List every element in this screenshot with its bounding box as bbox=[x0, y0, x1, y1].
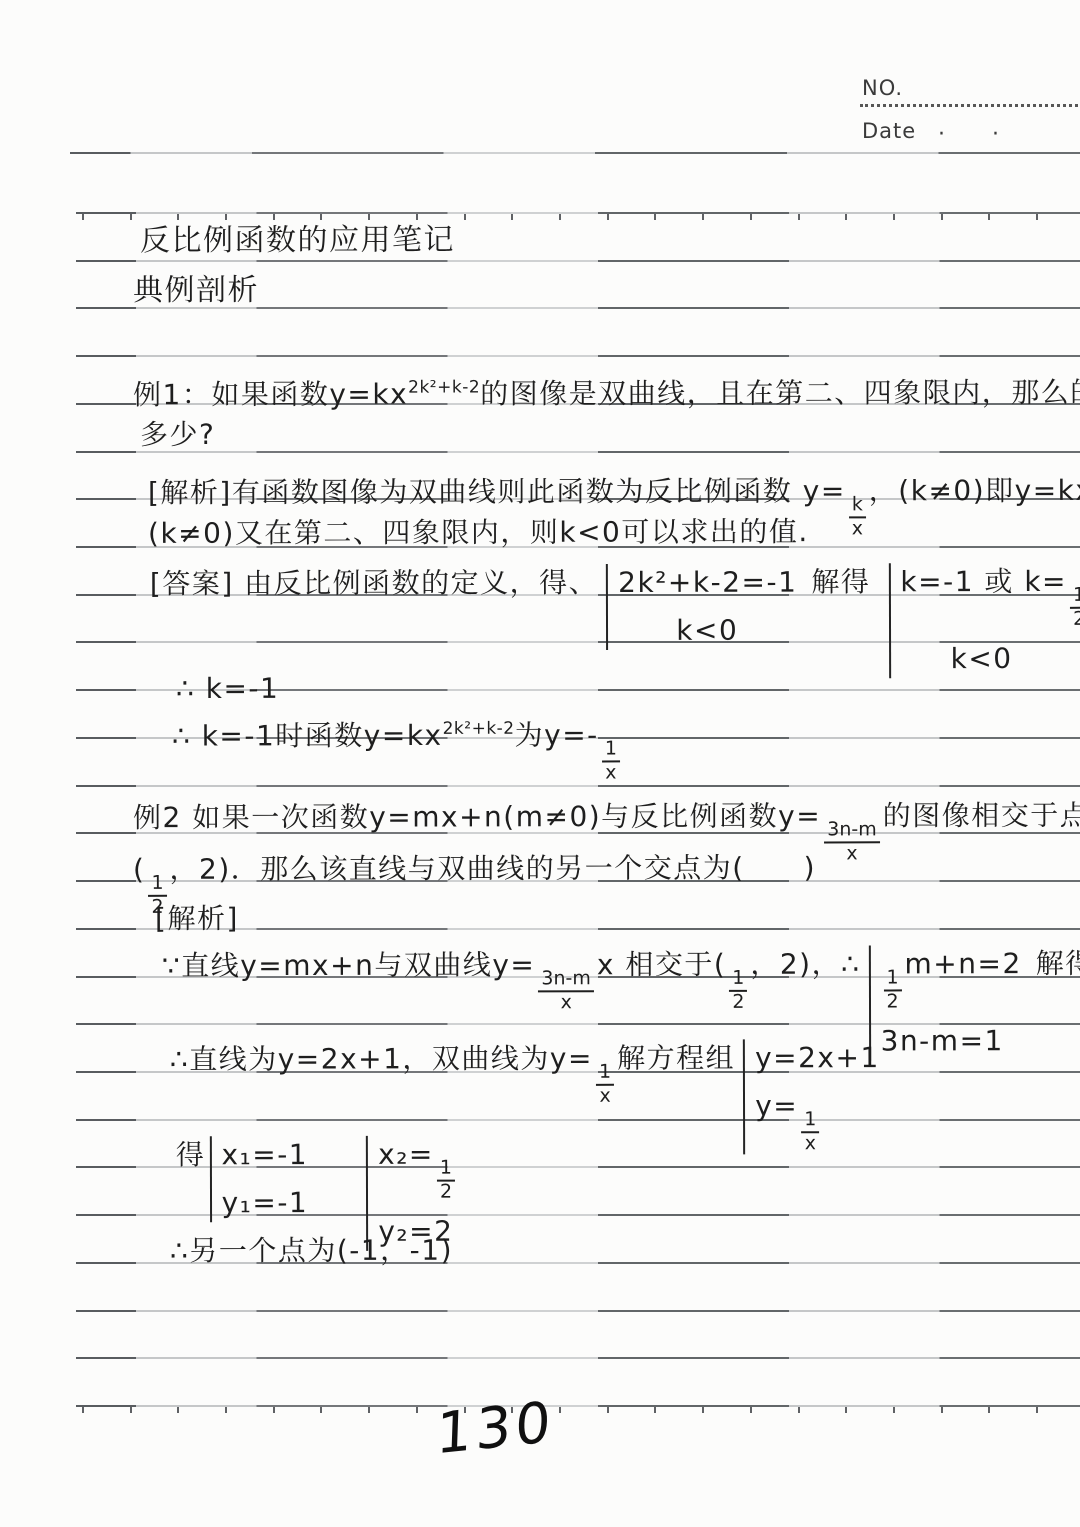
tick-mark bbox=[702, 1407, 704, 1413]
equation: k<0 bbox=[901, 640, 1080, 678]
example1-question-line2: 多少? bbox=[140, 416, 215, 454]
example1-conclusion-line1: ∴ k=-1 bbox=[176, 670, 279, 708]
tick-mark bbox=[798, 1407, 800, 1413]
analysis-text: [解析]有函数图像为双曲线则此函数为反比例函数 y= bbox=[148, 474, 846, 509]
analysis-text: (k≠0)又在第二、四象限内，则k<0可以求出的值. bbox=[148, 515, 809, 550]
tick-mark bbox=[225, 214, 227, 220]
answer-text: [答案] 由反比例函数的定义，得、 bbox=[150, 566, 598, 600]
date-label: Date bbox=[862, 119, 916, 143]
tick-mark bbox=[702, 214, 704, 220]
equation: y₁=-1 bbox=[221, 1184, 308, 1222]
tick-mark bbox=[1036, 1407, 1038, 1413]
tick-mark bbox=[511, 214, 513, 220]
equation: y=2x+1 bbox=[755, 1039, 880, 1077]
tick-mark bbox=[893, 1407, 895, 1413]
tick-mark bbox=[893, 214, 895, 220]
equation-system: 12m+n=23n-m=1 bbox=[868, 945, 1022, 1060]
tick-mark bbox=[273, 1407, 275, 1413]
tick-mark bbox=[368, 1407, 370, 1413]
tick-mark bbox=[273, 214, 275, 220]
example2-final-answer: ∴另一个点为(-1，-1) bbox=[170, 1232, 453, 1271]
system-brace bbox=[606, 564, 608, 650]
analysis-text: ，(k≠0)即y=kx bbox=[869, 474, 1080, 508]
tick-mark bbox=[988, 1407, 990, 1413]
system-brace bbox=[209, 1136, 211, 1222]
tick-mark bbox=[368, 214, 370, 220]
title-text: 反比例函数的应用笔记 bbox=[140, 223, 455, 259]
fraction-k-over-x: kx bbox=[849, 495, 866, 539]
equation: x₁=-1 bbox=[221, 1136, 308, 1174]
fraction-half: 12 bbox=[883, 968, 901, 1012]
tick-mark bbox=[416, 1407, 418, 1413]
question-text: 的图像是双曲线，且在第二、四象限内，那么的值是 bbox=[480, 376, 1080, 411]
tick-mark bbox=[416, 214, 418, 220]
ruled-line bbox=[76, 355, 1080, 357]
ruled-line bbox=[70, 152, 1080, 154]
equation-system: y=2x+1y=1x bbox=[743, 1039, 880, 1154]
subtitle-text: 典例剖析 bbox=[133, 273, 259, 308]
tick-mark bbox=[654, 1407, 656, 1413]
example1-conclusion-line2: ∴ k=-1时函数y=kx2k²+k-2为y=-1x bbox=[172, 709, 623, 784]
fraction-half: 12 bbox=[437, 1159, 455, 1203]
equation: 12m+n=2 bbox=[880, 945, 1022, 1012]
analysis-label: [解析] bbox=[155, 902, 239, 935]
solve-label: 解得 bbox=[811, 563, 870, 601]
tick-mark bbox=[559, 214, 561, 220]
tick-mark bbox=[750, 214, 752, 220]
question-text: ( bbox=[133, 853, 146, 886]
ruled-line bbox=[76, 1310, 1080, 1312]
equation: 2k²+k-2=-1 bbox=[618, 564, 797, 602]
exponent: 2k²+k-2 bbox=[443, 719, 515, 739]
fraction-3n-m-over-x: 3n-mx bbox=[824, 820, 880, 864]
date-dot: · bbox=[992, 122, 999, 147]
conclusion-text: ∴ k=-1时函数y=kx bbox=[172, 719, 443, 753]
tick-mark bbox=[320, 1407, 322, 1413]
conclusion-text: ∴另一个点为(-1，-1) bbox=[170, 1234, 453, 1268]
tick-mark bbox=[82, 214, 84, 220]
tick-mark bbox=[750, 1407, 752, 1413]
equation: k=-1 或 k=12 bbox=[900, 563, 1080, 630]
solve-label: 得 bbox=[176, 1138, 206, 1171]
equation: 3n-m=1 bbox=[881, 1022, 1022, 1060]
analysis-text: ，2)，∴ bbox=[750, 948, 860, 981]
tick-mark bbox=[177, 214, 179, 220]
fraction-half: 12 bbox=[729, 969, 747, 1013]
tick-mark bbox=[225, 1407, 227, 1413]
exponent: 2k²+k-2 bbox=[408, 377, 480, 397]
system-brace bbox=[743, 1039, 745, 1154]
page-number: 130 bbox=[435, 1389, 556, 1467]
no-dashed-line bbox=[860, 104, 1078, 107]
conclusion-text: 为y=- bbox=[515, 718, 599, 751]
tick-mark bbox=[798, 214, 800, 220]
ruled-line bbox=[76, 451, 1080, 453]
fraction-3n-m-over-x: 3n-mx bbox=[538, 969, 594, 1013]
tick-mark bbox=[941, 214, 943, 220]
tick-mark bbox=[464, 214, 466, 220]
conclusion-text: ∴ k=-1 bbox=[176, 672, 279, 705]
equation: x₂=12 bbox=[378, 1136, 458, 1203]
tick-mark bbox=[845, 1407, 847, 1413]
tick-mark bbox=[82, 1407, 84, 1413]
question-text: 的图像相交于点 bbox=[883, 799, 1080, 833]
tick-mark bbox=[1036, 214, 1038, 220]
question-text: 多少? bbox=[140, 418, 215, 451]
equation-system: 2k²+k-2=-1k<0 bbox=[606, 564, 797, 651]
tick-mark bbox=[559, 1407, 561, 1413]
fraction-one-over-x: 1x bbox=[596, 1063, 614, 1107]
tick-mark bbox=[988, 214, 990, 220]
conclusion-text: ∴直线为y=2x+1，双曲线为y= bbox=[170, 1042, 593, 1076]
question-text: 例2 如果一次函数y=mx+n(m≠0)与反比例函数y= bbox=[133, 799, 821, 834]
equation-system: x₁=-1y₁=-1 bbox=[209, 1136, 308, 1222]
tick-mark bbox=[177, 1407, 179, 1413]
no-label: NO. bbox=[862, 76, 903, 100]
equation: k<0 bbox=[618, 612, 797, 650]
tick-mark bbox=[320, 214, 322, 220]
question-text: 例1：如果函数y=kx bbox=[133, 378, 408, 412]
tick-mark bbox=[607, 1407, 609, 1413]
fraction-one-over-x: 1x bbox=[602, 739, 620, 783]
notebook-page: NO. Date · · 反比例函数的应用笔记 典例剖析 例1：如果函数y=kx… bbox=[0, 0, 1080, 1527]
tick-mark bbox=[130, 214, 132, 220]
fraction-half: 12 bbox=[1070, 586, 1080, 630]
page-title: 反比例函数的应用笔记 bbox=[140, 222, 455, 261]
tick-mark bbox=[845, 214, 847, 220]
solve-label: 解得 bbox=[1036, 945, 1080, 983]
conclusion-text: 解方程组 bbox=[617, 1041, 735, 1074]
example1-analysis-line2: (k≠0)又在第二、四象限内，则k<0可以求出的值. bbox=[148, 513, 809, 553]
date-dot: · bbox=[938, 122, 945, 147]
question-text: ，2)．那么该直线与双曲线的另一个交点为( ) bbox=[169, 851, 816, 886]
example1-answer-line: [答案] 由反比例函数的定义，得、2k²+k-2=-1k<0解得k=-1 或 k… bbox=[150, 563, 1080, 680]
tick-mark bbox=[941, 1407, 943, 1413]
fraction-one-over-x: 1x bbox=[801, 1110, 819, 1154]
equation: y=1x bbox=[755, 1087, 880, 1154]
ruled-line bbox=[76, 1357, 1080, 1359]
tick-mark bbox=[654, 214, 656, 220]
analysis-text: x 相交于( bbox=[597, 948, 726, 981]
ruled-line bbox=[76, 785, 1080, 787]
system-brace bbox=[888, 563, 890, 678]
example2-analysis-label: [解析] bbox=[155, 900, 239, 938]
tick-mark bbox=[607, 214, 609, 220]
ruled-line bbox=[76, 260, 1080, 262]
section-heading: 典例剖析 bbox=[133, 272, 259, 310]
example1-question-line1: 例1：如果函数y=kx2k²+k-2的图像是双曲线，且在第二、四象限内，那么的值… bbox=[133, 367, 1080, 415]
tick-mark bbox=[130, 1407, 132, 1413]
analysis-text: ∵直线y=mx+n与双曲线y= bbox=[162, 948, 536, 982]
equation-system: k=-1 或 k=12k<0 bbox=[888, 563, 1080, 678]
